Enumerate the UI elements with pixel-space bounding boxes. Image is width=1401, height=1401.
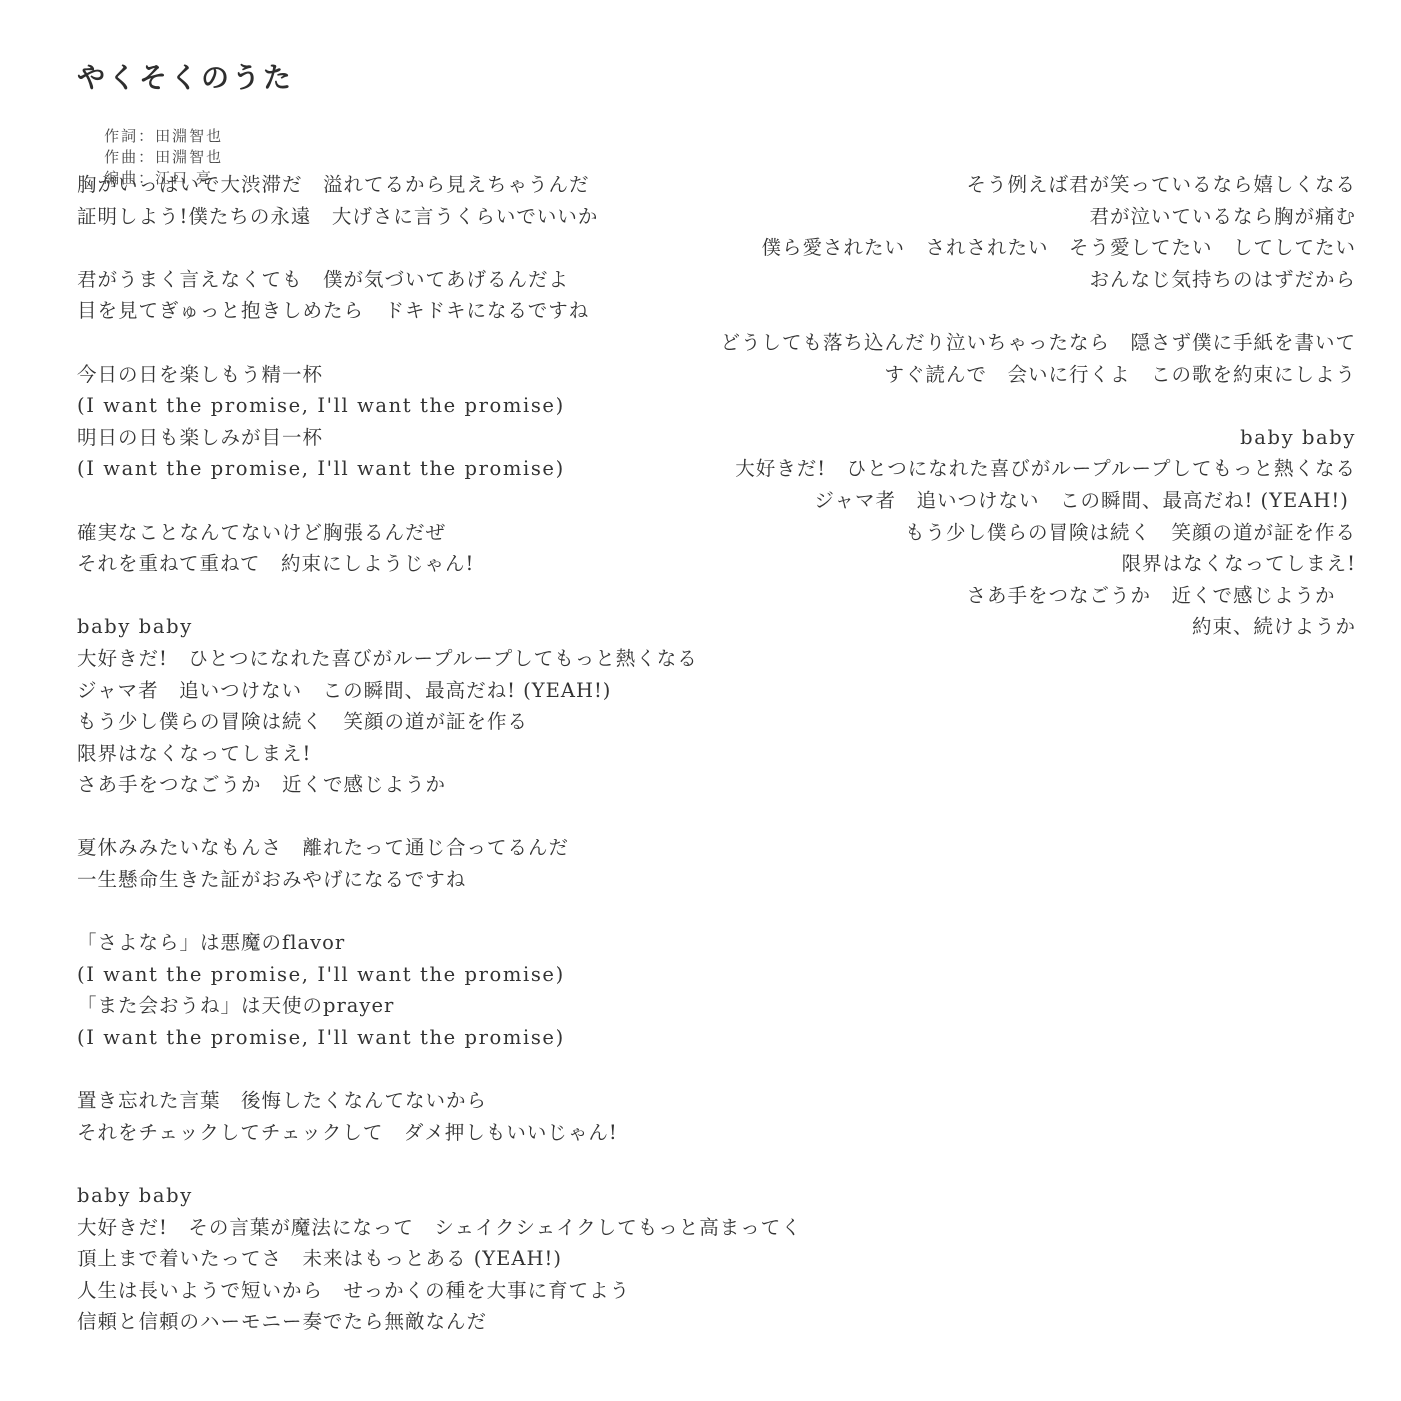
lyric-line: baby baby	[720, 422, 1356, 454]
song-title: やくそくのうた	[77, 56, 294, 96]
stanza: 胸がいっぱいで大渋滞だ 溢れてるから見えちゃうんだ 証明しよう!僕たちの永遠 大…	[77, 169, 802, 232]
lyric-line: 限界はなくなってしまえ!	[77, 738, 802, 770]
lyric-line: それを重ねて重ねて 約束にしようじゃん!	[77, 548, 802, 580]
lyric-line: 約束、続けようか	[720, 611, 1356, 643]
lyric-line: 「また会おうね」は天使のprayer	[77, 990, 802, 1022]
lyric-line: 信頼と信頼のハーモニー奏でたら無敵なんだ	[77, 1306, 802, 1338]
lyric-line: 「さよなら」は悪魔のflavor	[77, 927, 802, 959]
lyric-line: 限界はなくなってしまえ!	[720, 548, 1356, 580]
lyric-line: それをチェックしてチェックして ダメ押しもいいじゃん!	[77, 1117, 802, 1149]
lyric-line: 目を見てぎゅっと抱きしめたら ドキドキになるですね	[77, 295, 802, 327]
stanza: 今日の日を楽しもう精一杯 (I want the promise, I'll w…	[77, 359, 802, 485]
lyric-line: もう少し僕らの冒険は続く 笑顔の道が証を作る	[720, 517, 1356, 549]
lyric-line: さあ手をつなごうか 近くで感じようか	[77, 769, 802, 801]
lyric-line: (I want the promise, I'll want the promi…	[77, 453, 802, 485]
lyric-line: すぐ読んで 会いに行くよ この歌を約束にしよう	[720, 359, 1356, 391]
lyric-line: 君が泣いているなら胸が痛む	[720, 201, 1356, 233]
stanza: 「さよなら」は悪魔のflavor (I want the promise, I'…	[77, 927, 802, 1053]
lyric-line: 大好きだ! ひとつになれた喜びがループループしてもっと熱くなる	[77, 643, 802, 675]
lyric-line: 一生懸命生きた証がおみやげになるですね	[77, 864, 802, 896]
lyric-line: 置き忘れた言葉 後悔したくなんてないから	[77, 1085, 802, 1117]
lyrics-page: やくそくのうた 作詞：田淵智也 作曲：田淵智也 編曲：江口 亮 胸がいっぱいで大…	[0, 0, 1401, 1401]
stanza: 置き忘れた言葉 後悔したくなんてないから それをチェックしてチェックして ダメ押…	[77, 1085, 802, 1148]
lyric-line: 大好きだ! その言葉が魔法になって シェイクシェイクしてもっと高まってく	[77, 1212, 802, 1244]
lyric-line: ジャマ者 追いつけない この瞬間、最高だね! (YEAH!)	[720, 485, 1356, 517]
lyric-line: 人生は長いようで短いから せっかくの種を大事に育てよう	[77, 1275, 802, 1307]
lyrics-left-column: 胸がいっぱいで大渋滞だ 溢れてるから見えちゃうんだ 証明しよう!僕たちの永遠 大…	[77, 169, 802, 1370]
lyric-line: (I want the promise, I'll want the promi…	[77, 390, 802, 422]
lyric-line: 大好きだ! ひとつになれた喜びがループループしてもっと熱くなる	[720, 453, 1356, 485]
lyric-line: baby baby	[77, 1180, 802, 1212]
credit-composition: 作曲：田淵智也	[104, 148, 223, 166]
stanza: baby baby 大好きだ! その言葉が魔法になって シェイクシェイクしてもっ…	[77, 1180, 802, 1338]
lyric-line: 確実なことなんてないけど胸張るんだぜ	[77, 517, 802, 549]
lyric-line: 証明しよう!僕たちの永遠 大げさに言うくらいでいいか	[77, 201, 802, 233]
lyric-line: おんなじ気持ちのはずだから	[720, 264, 1356, 296]
lyric-line: ジャマ者 追いつけない この瞬間、最高だね! (YEAH!)	[77, 675, 802, 707]
lyric-line: 明日の日も楽しみが目一杯	[77, 422, 802, 454]
lyric-line: 君がうまく言えなくても 僕が気づいてあげるんだよ	[77, 264, 802, 296]
lyric-line: 頂上まで着いたってさ 未来はもっとある (YEAH!)	[77, 1243, 802, 1275]
stanza: 確実なことなんてないけど胸張るんだぜ それを重ねて重ねて 約束にしようじゃん!	[77, 517, 802, 580]
stanza: baby baby 大好きだ! ひとつになれた喜びがループループしてもっと熱くな…	[720, 422, 1356, 643]
lyrics-right-column: そう例えば君が笑っているなら嬉しくなる 君が泣いているなら胸が痛む 僕ら愛された…	[720, 169, 1356, 675]
lyric-line: (I want the promise, I'll want the promi…	[77, 959, 802, 991]
stanza: baby baby 大好きだ! ひとつになれた喜びがループループしてもっと熱くな…	[77, 611, 802, 801]
stanza: 夏休みみたいなもんさ 離れたって通じ合ってるんだ 一生懸命生きた証がおみやげにな…	[77, 832, 802, 895]
stanza: 君がうまく言えなくても 僕が気づいてあげるんだよ 目を見てぎゅっと抱きしめたら …	[77, 264, 802, 327]
lyric-line: 今日の日を楽しもう精一杯	[77, 359, 802, 391]
lyric-line: baby baby	[77, 611, 802, 643]
stanza: どうしても落ち込んだり泣いちゃったなら 隠さず僕に手紙を書いて すぐ読んで 会い…	[720, 327, 1356, 390]
lyric-line: さあ手をつなごうか 近くで感じようか	[720, 580, 1356, 612]
stanza: そう例えば君が笑っているなら嬉しくなる 君が泣いているなら胸が痛む 僕ら愛された…	[720, 169, 1356, 295]
lyric-line: どうしても落ち込んだり泣いちゃったなら 隠さず僕に手紙を書いて	[720, 327, 1356, 359]
lyric-line: 僕ら愛されたい されされたい そう愛してたい してしてたい	[720, 232, 1356, 264]
lyric-line: もう少し僕らの冒険は続く 笑顔の道が証を作る	[77, 706, 802, 738]
credit-lyrics: 作詞：田淵智也	[104, 127, 223, 145]
lyric-line: (I want the promise, I'll want the promi…	[77, 1022, 802, 1054]
lyric-line: 胸がいっぱいで大渋滞だ 溢れてるから見えちゃうんだ	[77, 169, 802, 201]
lyric-line: そう例えば君が笑っているなら嬉しくなる	[720, 169, 1356, 201]
lyric-line: 夏休みみたいなもんさ 離れたって通じ合ってるんだ	[77, 832, 802, 864]
